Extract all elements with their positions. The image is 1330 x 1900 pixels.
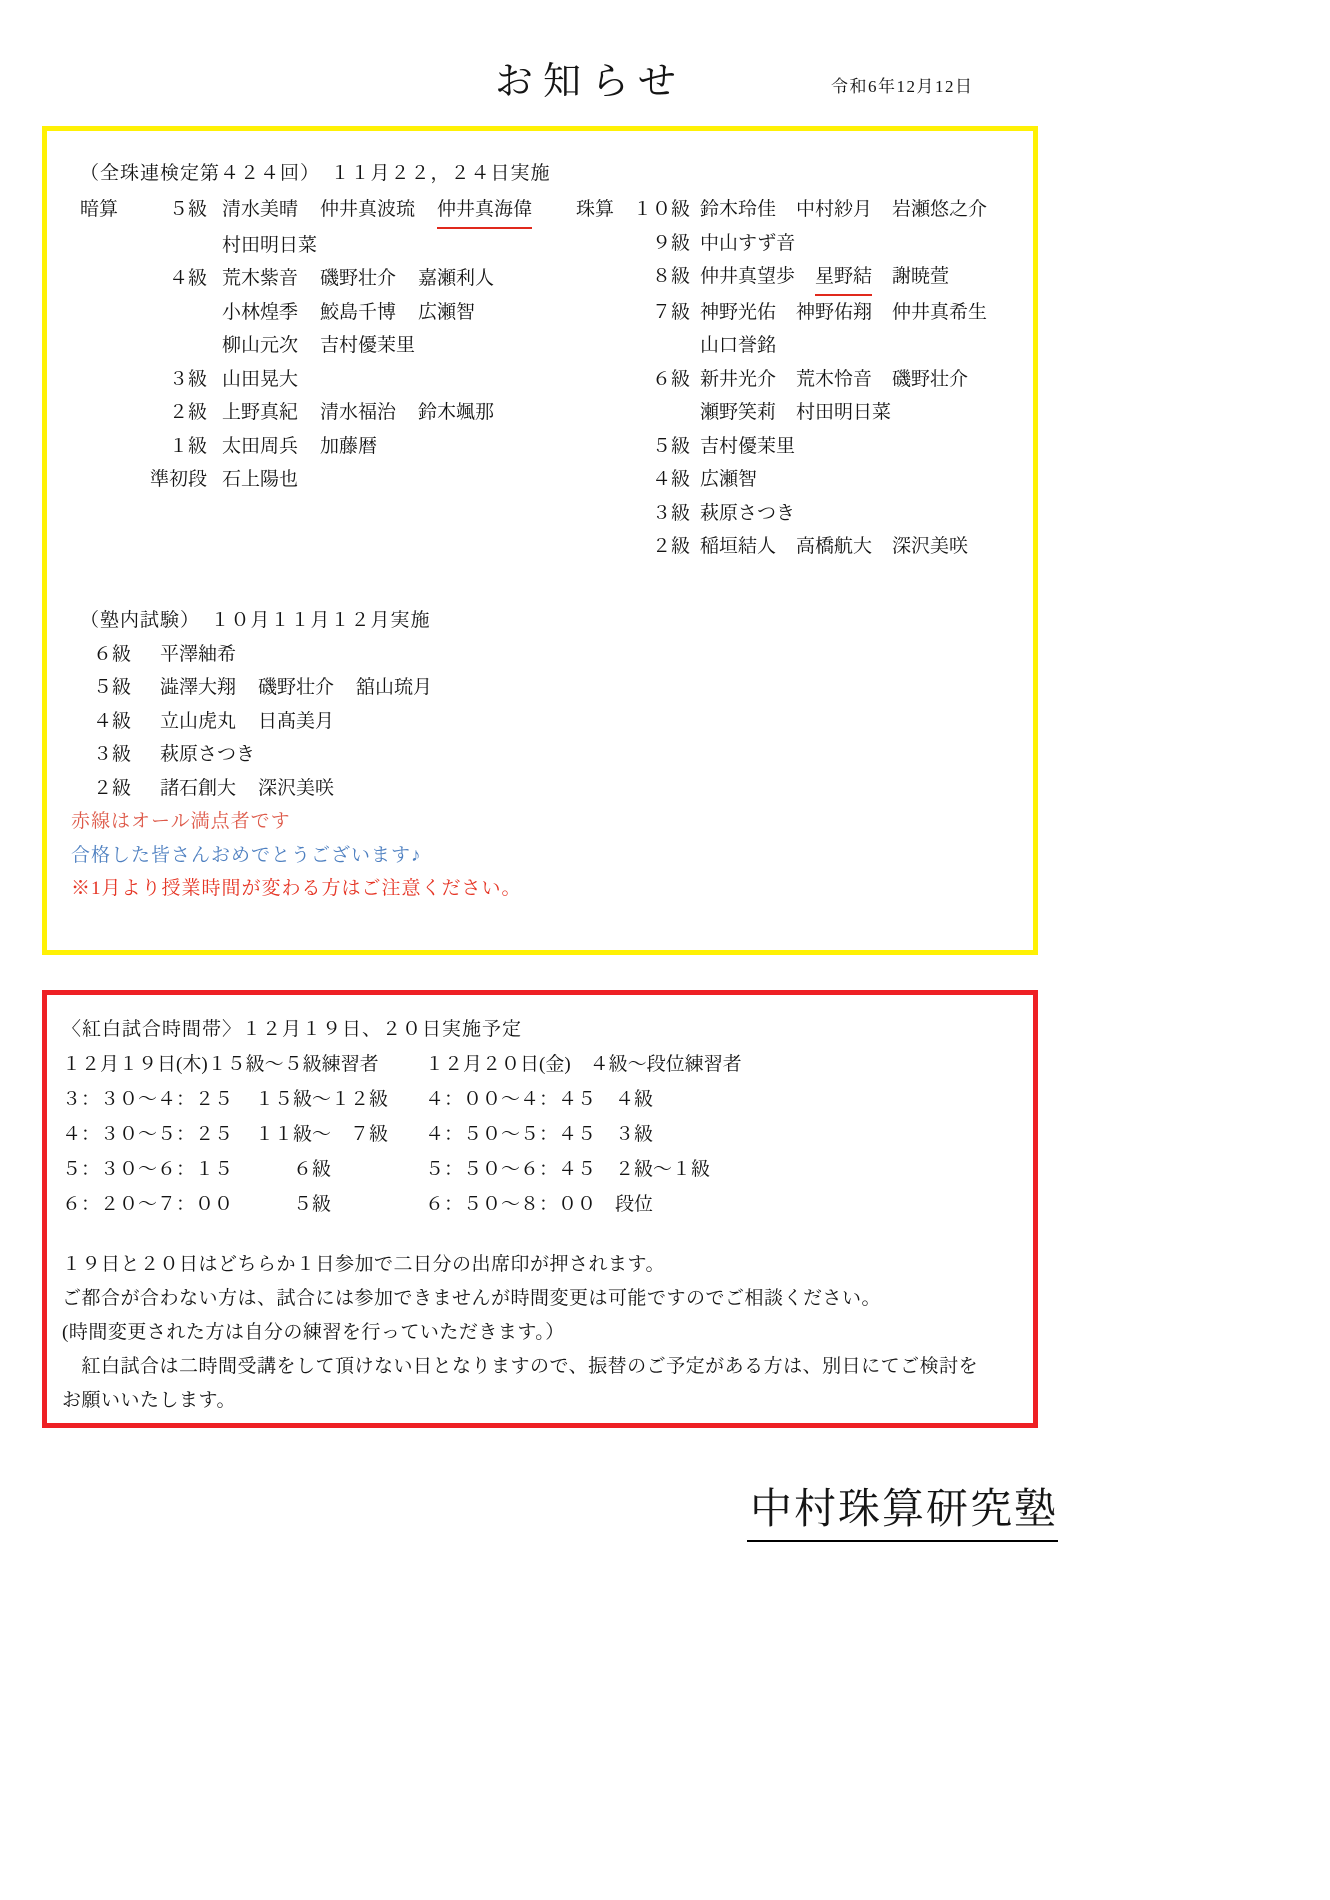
examinee-name: 柳山元次 [222,329,298,363]
examinee-name: 上野真紀 [222,396,298,430]
grade-label: ３級 [71,363,207,397]
page-title: お知らせ [495,50,686,105]
grade-label: ７級 [576,296,690,330]
schedule-row: ３：３０～４：２５１５級～１２級４：００～４：４５４級 [62,1082,1018,1117]
match-schedule-box: 〈紅白試合時間帯〉１２月１９日、２０日実施予定 １２月１９日(木)１５級～５級練… [42,990,1038,1428]
exam-row: 小林煌季鮫島千博広瀬智 [71,296,576,330]
examinee-name: 萩原さつき [160,738,255,772]
examinee-name: 磯野壮介 [258,671,334,705]
examinee-name: 新井光介 [700,363,776,397]
shuzan-group-label: 珠算 [576,193,614,227]
names: 神野光佑神野佑翔仲井真希生 [700,296,987,330]
examinee-name: 荒木紫音 [222,262,298,296]
kentei-section-header: （全珠連検定第４２４回） １１月２２，２４日実施 [80,158,1009,190]
juku-section: （塾内試験） １０月１１月１２月実施 ６級平澤紬希５級澁澤大翔磯野壮介舘山琉月４… [71,604,1009,906]
grade-label: １級 [71,430,207,464]
footer-divider-line [747,1540,1058,1542]
note-congratulations: 合格した皆さんおめでとうございます♪ [71,839,1009,873]
examinee-name: 澁澤大翔 [160,671,236,705]
exam-results-box: （全珠連検定第４２４回） １１月２２，２４日実施 暗算 珠算 ５級清水美晴仲井真… [42,126,1038,955]
match-day-left: １２月１９日(木)１５級～５級練習者 [62,1047,425,1082]
exam-row: ２級上野真紀清水福治鈴木颯那 [71,396,576,430]
exam-row: ４級荒木紫音磯野壮介嘉瀬利人 [71,262,576,296]
grade-label: ４級 [576,463,690,497]
juku-section-header: （塾内試験） １０月１１月１２月実施 [80,604,1009,638]
grade-label: ４級 [71,262,207,296]
names: 山田晃大 [222,363,298,397]
names: 村田明日菜 [222,229,317,263]
examinee-name: 稲垣結人 [700,530,776,564]
exam-row: 村田明日菜 [71,229,576,263]
grade-label: ２級 [576,530,690,564]
time-range: ４：５０～５：４５ [425,1117,615,1152]
examinee-name: 鈴木玲佳 [700,193,776,227]
time-range: ５：５０～６：４５ [425,1152,615,1187]
names: 上野真紀清水福治鈴木颯那 [222,396,494,430]
anzan-group-label: 暗算 [80,193,118,227]
schedule-row: ５：３０～６：１５ ６級５：５０～６：４５２級～１級 [62,1152,1018,1187]
grade-label: 準初段 [71,463,207,497]
examinee-name: 神野光佑 [700,296,776,330]
names: 萩原さつき [700,497,795,531]
match-note-line: お願いいたします。 [62,1384,1018,1418]
examinee-name: 岩瀬悠之介 [892,193,987,227]
grade-range: ３級 [615,1117,1018,1152]
grade-range: ４級 [615,1082,1018,1117]
exam-row: 瀬野笑莉村田明日菜 [576,396,1009,430]
examinee-name: 吉村優茉里 [320,329,415,363]
exam-row: ６級平澤紬希 [93,638,1009,672]
schedule-row: ４：３０～５：２５１１級～ ７級４：５０～５：４５３級 [62,1117,1018,1152]
examinee-name: 鮫島千博 [320,296,396,330]
exam-row: 準初段石上陽也 [71,463,576,497]
match-title: 〈紅白試合時間帯〉１２月１９日、２０日実施予定 [62,1013,1018,1047]
examinee-name: 深沢美咲 [892,530,968,564]
grade-label [71,229,207,263]
match-day-headers: １２月１９日(木)１５級～５級練習者 １２月２０日(金) ４級～段位練習者 [62,1047,1018,1082]
match-schedule-rows: ３：３０～４：２５１５級～１２級４：００～４：４５４級４：３０～５：２５１１級～… [62,1082,1018,1222]
names: 稲垣結人高橋航大深沢美咲 [700,530,968,564]
examinee-name: 加藤暦 [320,430,377,464]
names: 山口誉銘 [700,329,776,363]
exam-row: ６級新井光介荒木怜音磯野壮介 [576,363,1009,397]
examinee-name: 萩原さつき [700,497,795,531]
exam-row: ３級萩原さつき [93,738,1009,772]
examinee-name: 中山すず音 [700,227,795,261]
names: 中山すず音 [700,227,795,261]
time-range: ６：２０～７：００ [62,1187,255,1222]
exam-row: ４級広瀬智 [576,463,1009,497]
exam-row: ９級中山すず音 [576,227,1009,261]
exam-row: ２級稲垣結人高橋航大深沢美咲 [576,530,1009,564]
names: 柳山元次吉村優茉里 [222,329,415,363]
kentei-columns: 暗算 珠算 ５級清水美晴仲井真波琉仲井真海偉村田明日菜４級荒木紫音磯野壮介嘉瀬利… [71,193,1009,564]
grade-label: ５級 [93,671,138,705]
document-date: 令和6年12月12日 [831,72,974,97]
time-range: ４：００～４：４５ [425,1082,615,1117]
exam-row: ７級神野光佑神野佑翔仲井真希生 [576,296,1009,330]
grade-label [576,396,690,430]
examinee-name: 仲井真望歩 [700,260,795,296]
grade-range: １１級～ ７級 [255,1117,425,1152]
examinee-name: 清水美晴 [222,193,298,229]
grade-label: ８級 [576,260,690,296]
grade-label: ５級 [576,430,690,464]
examinee-name: 舘山琉月 [356,671,432,705]
examinee-name: 深沢美咲 [258,772,334,806]
exam-row: 柳山元次吉村優茉里 [71,329,576,363]
examinee-name: 広瀬智 [700,463,757,497]
match-note-line: ご都合が合わない方は、試合には参加できませんが時間変更は可能ですのでご相談くださ… [62,1282,1018,1316]
names: 太田周兵加藤暦 [222,430,377,464]
examinee-name: 日髙美月 [258,705,334,739]
exam-row: 山口誉銘 [576,329,1009,363]
names: 瀬野笑莉村田明日菜 [700,396,891,430]
time-range: ５：３０～６：１５ [62,1152,255,1187]
examinee-name: 小林煌季 [222,296,298,330]
examinee-name: 瀬野笑莉 [700,396,776,430]
examinee-name: 村田明日菜 [796,396,891,430]
names: 広瀬智 [700,463,757,497]
names: 澁澤大翔磯野壮介舘山琉月 [160,671,432,705]
grade-label: ３級 [93,738,138,772]
names: 小林煌季鮫島千博広瀬智 [222,296,475,330]
examinee-name-perfect-score: 仲井真海偉 [437,193,532,229]
examinee-name: 山口誉銘 [700,329,776,363]
names: 立山虎丸日髙美月 [160,705,334,739]
exam-row: ３級萩原さつき [576,497,1009,531]
names: 鈴木玲佳中村紗月岩瀬悠之介 [700,193,987,227]
names: 清水美晴仲井真波琉仲井真海偉 [222,193,532,229]
examinee-name: 鈴木颯那 [418,396,494,430]
exam-row: ２級諸石創大深沢美咲 [93,772,1009,806]
grade-label: ６級 [93,638,138,672]
grade-label: ２級 [93,772,138,806]
grade-range: ５級 [255,1187,425,1222]
examinee-name: 吉村優茉里 [700,430,795,464]
examinee-name: 諸石創大 [160,772,236,806]
exam-row: ５級吉村優茉里 [576,430,1009,464]
grade-label: ３級 [576,497,690,531]
grade-range: １５級～１２級 [255,1082,425,1117]
examinee-name: 中村紗月 [796,193,872,227]
time-range: ６：５０～８：００ [425,1187,615,1222]
note-red-line: 赤線はオール満点者です [71,805,1009,839]
exam-row: ４級立山虎丸日髙美月 [93,705,1009,739]
page: { "page": { "title": "お知らせ", "date": "令和… [0,0,1330,1900]
match-day-right: １２月２０日(金) ４級～段位練習者 [425,1047,1018,1082]
examinee-name: 村田明日菜 [222,229,317,263]
juku-rows: ６級平澤紬希５級澁澤大翔磯野壮介舘山琉月４級立山虎丸日髙美月３級萩原さつき２級諸… [71,638,1009,806]
examinee-name: 平澤紬希 [160,638,236,672]
examinee-name: 広瀬智 [418,296,475,330]
examinee-name: 荒木怜音 [796,363,872,397]
kentei-left-rows: ５級清水美晴仲井真波琉仲井真海偉村田明日菜４級荒木紫音磯野壮介嘉瀬利人小林煌季鮫… [71,193,576,564]
grade-label: ６級 [576,363,690,397]
kentei-right-rows: １０級鈴木玲佳中村紗月岩瀬悠之介９級中山すず音８級仲井真望歩星野結謝暁萱７級神野… [576,193,1009,564]
names: 石上陽也 [222,463,298,497]
grade-label [71,329,207,363]
examinee-name: 立山虎丸 [160,705,236,739]
grade-label: ４級 [93,705,138,739]
examinee-name: 神野佑翔 [796,296,872,330]
examinee-name: 太田周兵 [222,430,298,464]
grade-range: ２級～１級 [615,1152,1018,1187]
names: 平澤紬希 [160,638,236,672]
grade-range: 段位 [615,1187,1018,1222]
exam-row: ８級仲井真望歩星野結謝暁萱 [576,260,1009,296]
names: 仲井真望歩星野結謝暁萱 [700,260,949,296]
grade-label [576,329,690,363]
names: 新井光介荒木怜音磯野壮介 [700,363,968,397]
examinee-name: 仲井真希生 [892,296,987,330]
school-name: 中村珠算研究塾 [750,1476,1058,1536]
grade-label: ２級 [71,396,207,430]
examinee-name: 仲井真波琉 [320,193,415,229]
match-note-line: (時間変更された方は自分の練習を行っていただきます。） [62,1316,1018,1350]
grade-range: ６級 [255,1152,425,1187]
exam-row: １級太田周兵加藤暦 [71,430,576,464]
exam-row: ３級山田晃大 [71,363,576,397]
exam-row: ５級清水美晴仲井真波琉仲井真海偉 [71,193,576,229]
match-notes-paragraph: １９日と２０日はどちらか１日参加で二日分の出席印が押されます。ご都合が合わない方… [62,1248,1018,1418]
match-note-line: １９日と２０日はどちらか１日参加で二日分の出席印が押されます。 [62,1248,1018,1282]
exam-row: ５級澁澤大翔磯野壮介舘山琉月 [93,671,1009,705]
examinee-name: 石上陽也 [222,463,298,497]
names: 吉村優茉里 [700,430,795,464]
match-note-line: 紅白試合は二時間受講をして頂けない日となりますので、振替のご予定がある方は、別日… [62,1350,1018,1384]
examinee-name: 謝暁萱 [892,260,949,296]
grade-label: ９級 [576,227,690,261]
names: 諸石創大深沢美咲 [160,772,334,806]
examinee-name: 磯野壮介 [320,262,396,296]
time-range: ３：３０～４：２５ [62,1082,255,1117]
examinee-name: 磯野壮介 [892,363,968,397]
names: 荒木紫音磯野壮介嘉瀬利人 [222,262,494,296]
examinee-name-perfect-score: 星野結 [815,260,872,296]
examinee-name: 高橋航大 [796,530,872,564]
exam-row: １０級鈴木玲佳中村紗月岩瀬悠之介 [576,193,1009,227]
time-range: ４：３０～５：２５ [62,1117,255,1152]
examinee-name: 清水福治 [320,396,396,430]
names: 萩原さつき [160,738,255,772]
examinee-name: 山田晃大 [222,363,298,397]
examinee-name: 嘉瀬利人 [418,262,494,296]
grade-label [71,296,207,330]
schedule-row: ６：２０～７：００ ５級６：５０～８：００段位 [62,1187,1018,1222]
note-schedule-caution: ※1月より授業時間が変わる方はご注意ください。 [71,872,1009,906]
